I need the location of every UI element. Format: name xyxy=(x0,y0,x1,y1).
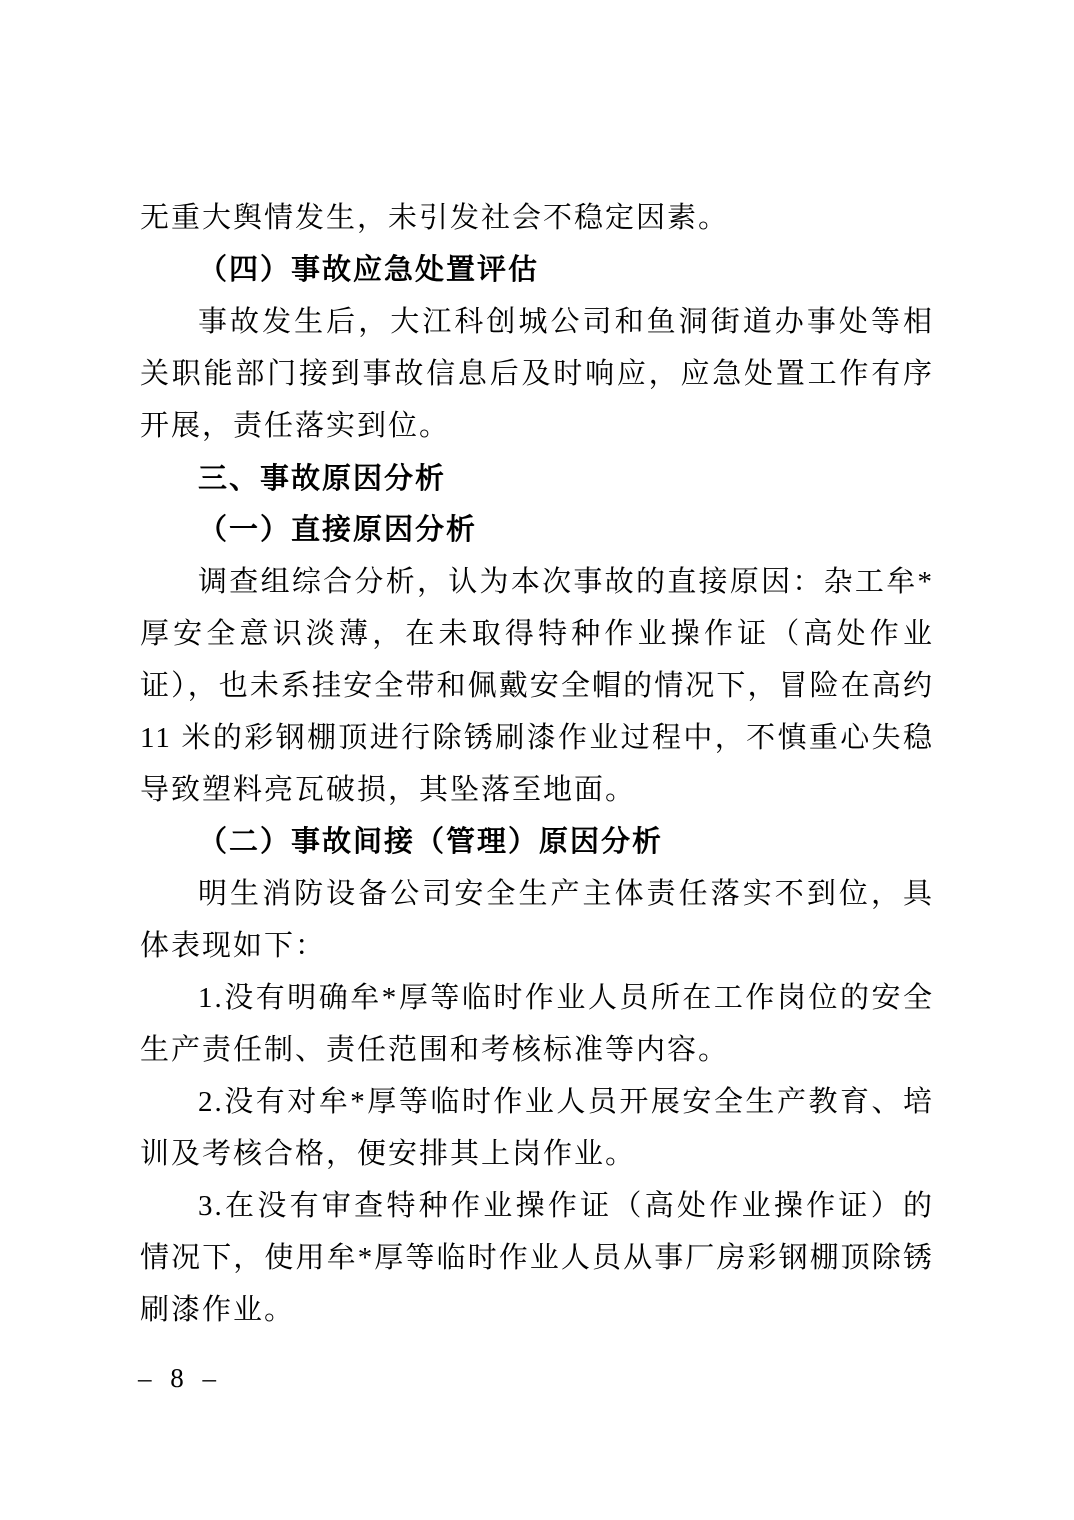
list-item-1: 1.没有明确牟*厚等临时作业人员所在工作岗位的安全生产责任制、责任范围和考核标准… xyxy=(140,972,934,1076)
body-paragraph: 调查组综合分析，认为本次事故的直接原因：杂工牟*厚安全意识淡薄，在未取得特种作业… xyxy=(140,556,934,816)
list-item-2: 2.没有对牟*厚等临时作业人员开展安全生产教育、培训及考核合格，便安排其上岗作业… xyxy=(140,1076,934,1180)
content-area: 无重大舆情发生，未引发社会不稳定因素。 （四）事故应急处置评估 事故发生后，大江… xyxy=(140,192,934,1336)
body-paragraph: 明生消防设备公司安全生产主体责任落实不到位，具体表现如下： xyxy=(140,868,934,972)
page-number: – 8 – xyxy=(138,1363,222,1394)
section-heading-1-direct-cause-analysis: （一）直接原因分析 xyxy=(140,504,934,556)
chapter-heading-3-accident-cause-analysis: 三、事故原因分析 xyxy=(140,452,934,504)
section-heading-4-emergency-response-evaluation: （四）事故应急处置评估 xyxy=(140,244,934,296)
section-heading-2-indirect-management-cause-analysis: （二）事故间接（管理）原因分析 xyxy=(140,816,934,868)
document-page: 无重大舆情发生，未引发社会不稳定因素。 （四）事故应急处置评估 事故发生后，大江… xyxy=(0,0,1074,1520)
body-paragraph-continuation: 无重大舆情发生，未引发社会不稳定因素。 xyxy=(140,192,934,244)
body-paragraph: 事故发生后，大江科创城公司和鱼洞街道办事处等相关职能部门接到事故信息后及时响应，… xyxy=(140,296,934,452)
list-item-3: 3.在没有审查特种作业操作证（高处作业操作证）的情况下，使用牟*厚等临时作业人员… xyxy=(140,1180,934,1336)
